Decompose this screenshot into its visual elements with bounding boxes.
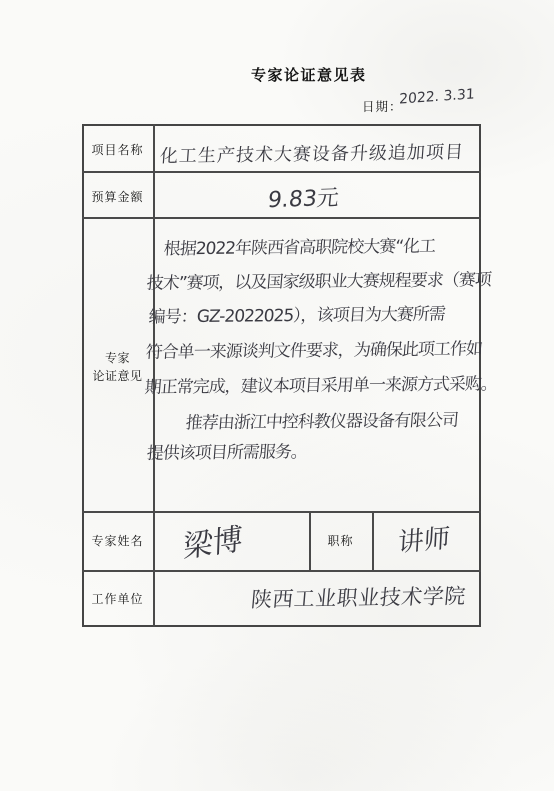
table-rule-h1 [82,171,481,173]
field-value-work-unit: 陕西工业职业技术学院 [250,580,468,614]
table-rule-h4 [82,570,481,572]
table-rule-h2 [82,217,481,219]
table-rule-title-col [372,511,374,570]
opinion-line-1: 根据2022年陕西省高职院校大赛“化工 [163,232,436,260]
field-label-budget: 预算金额 [82,188,153,206]
table-rule-h3 [82,511,481,513]
field-label-expert-name: 专家姓名 [82,532,153,550]
date-label: 日期： [362,97,403,115]
field-label-project-name: 项目名称 [82,141,153,159]
field-value-budget: 9.83元 [266,181,340,215]
opinion-line-4: 符合单一来源谈判文件要求，为确保此项工作如 [145,334,483,363]
opinion-line-5: 期正常完成，建议本项目采用单一来源方式采购。 [144,369,498,398]
field-value-job-title: 讲师 [397,518,451,560]
date-value-handwritten: 2022. 3.31 [399,86,475,107]
form-title: 专家论证意见表 [251,64,367,85]
opinion-line-3: 编号：GZ-2022025），该项目为大赛所需 [148,299,446,327]
field-value-project-name: 化工生产技术大赛设备升级追加项目 [159,138,465,168]
signature-expert-name: 梁博 [183,513,244,566]
opinion-line-6: 推荐由浙江中控科教仪器设备有限公司 [185,406,459,434]
opinion-line-2: 技术”赛项，以及国家级职业大赛规程要求（赛项 [146,265,492,294]
field-label-opinion-line1: 专家 [82,349,153,367]
scanned-form-page: 专家论证意见表 日期： 2022. 3.31 项目名称 化工生产技术大赛设备升级… [0,0,554,791]
field-label-job-title: 职称 [309,532,372,550]
field-label-opinion-line2: 论证意见 [82,367,153,385]
field-label-work-unit: 工作单位 [82,590,153,608]
opinion-line-7: 提供该项目所需服务。 [146,437,308,464]
